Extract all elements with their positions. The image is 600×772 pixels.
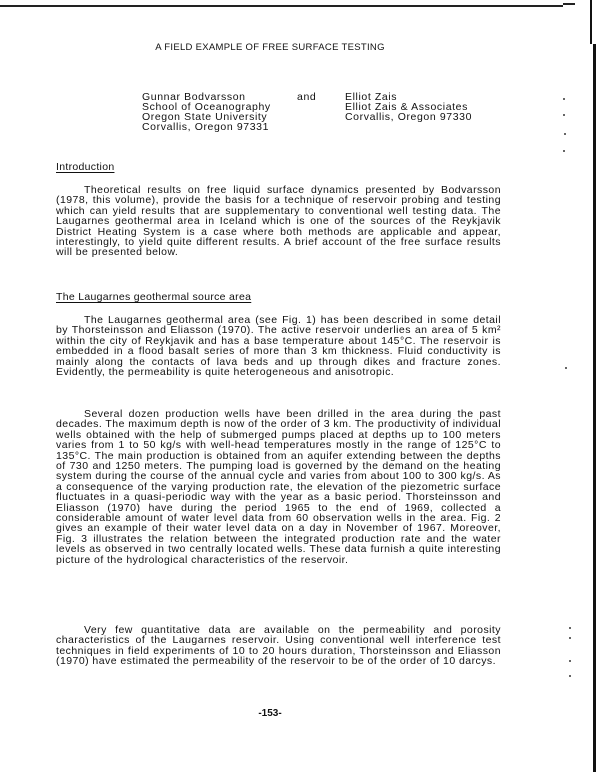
- author-address: Corvallis, Oregon 97330: [345, 112, 472, 122]
- scan-speck: [563, 114, 565, 116]
- right-border-rule-upper: [590, 0, 592, 44]
- author-block-right: Elliot Zais Elliot Zais & Associates Cor…: [345, 92, 472, 122]
- paragraph: Very few quantitative data are available…: [56, 625, 501, 667]
- scan-speck: [563, 150, 565, 152]
- paragraph: Theoretical results on free liquid surfa…: [56, 185, 501, 258]
- page-number: -153-: [0, 708, 540, 719]
- scan-speck: [569, 660, 571, 662]
- scan-speck: [569, 627, 571, 629]
- scan-speck: [569, 637, 571, 639]
- top-border-rule: [0, 5, 563, 7]
- paragraph: The Laugarnes geothermal area (see Fig. …: [56, 315, 501, 377]
- paper-title: A FIELD EXAMPLE OF FREE SURFACE TESTING: [0, 42, 540, 53]
- section-body-laugarnes-cont: Several dozen production wells have been…: [56, 409, 501, 565]
- scan-speck: [563, 98, 565, 100]
- author-conjunction: and: [297, 92, 316, 102]
- paragraph: Several dozen production wells have been…: [56, 409, 501, 565]
- right-border-rule: [593, 44, 596, 772]
- scan-speck: [569, 675, 571, 677]
- scan-speck: [564, 133, 566, 135]
- section-body-laugarnes: The Laugarnes geothermal area (see Fig. …: [56, 315, 501, 377]
- section-body-introduction: Theoretical results on free liquid surfa…: [56, 185, 501, 258]
- author-block-left: Gunnar Bodvarsson School of Oceanography…: [142, 92, 271, 132]
- scan-speck: [565, 367, 567, 369]
- section-body-laugarnes-permeability: Very few quantitative data are available…: [56, 625, 501, 667]
- section-heading-introduction: Introduction: [56, 161, 114, 173]
- section-heading-laugarnes: The Laugarnes geothermal source area: [56, 291, 251, 303]
- author-address: Corvallis, Oregon 97331: [142, 122, 271, 132]
- top-border-tick: [563, 3, 575, 5]
